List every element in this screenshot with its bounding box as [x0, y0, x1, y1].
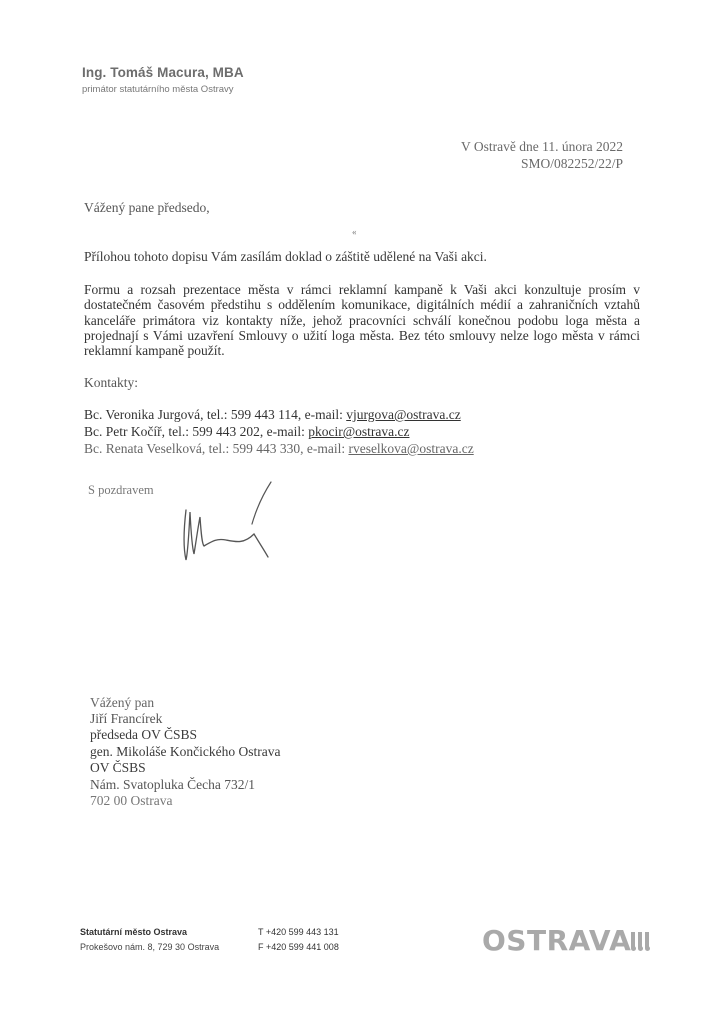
sender-name: Ing. Tomáš Macura, MBA: [82, 65, 244, 80]
stray-mark: «: [352, 227, 357, 237]
contact-item: Bc. Renata Veselková, tel.: 599 443 330,…: [84, 441, 474, 457]
sender-title: primátor statutárního města Ostravy: [82, 84, 234, 95]
recipient-line: Vážený pan: [90, 695, 154, 711]
date-line: V Ostravě dne 11. února 2022: [461, 139, 623, 155]
contact-item: Bc. Petr Kočíř, tel.: 599 443 202, e-mai…: [84, 424, 409, 440]
recipient-line: předseda OV ČSBS: [90, 727, 197, 743]
logo-exclamation-icon: [631, 924, 652, 957]
email-link[interactable]: vjurgova@ostrava.cz: [346, 407, 461, 422]
contact-details: Bc. Renata Veselková, tel.: 599 443 330,…: [84, 441, 348, 456]
signature: [176, 472, 276, 577]
contact-item: Bc. Veronika Jurgová, tel.: 599 443 114,…: [84, 407, 461, 423]
ostrava-logo: OSTRAVA: [482, 924, 652, 957]
contacts-label: Kontakty:: [84, 375, 138, 391]
salutation: Vážený pane předsedo,: [84, 200, 210, 216]
recipient-line: 702 00 Ostrava: [90, 793, 172, 809]
recipient-line: OV ČSBS: [90, 760, 146, 776]
closing: S pozdravem: [88, 483, 154, 498]
footer-phone: T +420 599 443 131: [258, 927, 339, 937]
contact-details: Bc. Veronika Jurgová, tel.: 599 443 114,…: [84, 407, 346, 422]
recipient-line: Nám. Svatopluka Čecha 732/1: [90, 777, 255, 793]
reference-number: SMO/082252/22/P: [521, 156, 623, 172]
signature-icon: [176, 472, 276, 572]
contact-details: Bc. Petr Kočíř, tel.: 599 443 202, e-mai…: [84, 424, 308, 439]
footer-fax: F +420 599 441 008: [258, 942, 339, 952]
paragraph-attachment: Přílohou tohoto dopisu Vám zasílám dokla…: [84, 249, 487, 265]
footer-org-name: Statutární město Ostrava: [80, 927, 187, 937]
logo-text: OSTRAVA: [482, 924, 631, 957]
footer-address: Prokešovo nám. 8, 729 30 Ostrava: [80, 942, 219, 952]
recipient-line: gen. Mikoláše Končického Ostrava: [90, 744, 280, 760]
paragraph-campaign: Formu a rozsah prezentace města v rámci …: [84, 282, 640, 358]
email-link[interactable]: rveselkova@ostrava.cz: [348, 441, 473, 456]
email-link[interactable]: pkocir@ostrava.cz: [308, 424, 409, 439]
recipient-line: Jiří Francírek: [90, 711, 162, 727]
